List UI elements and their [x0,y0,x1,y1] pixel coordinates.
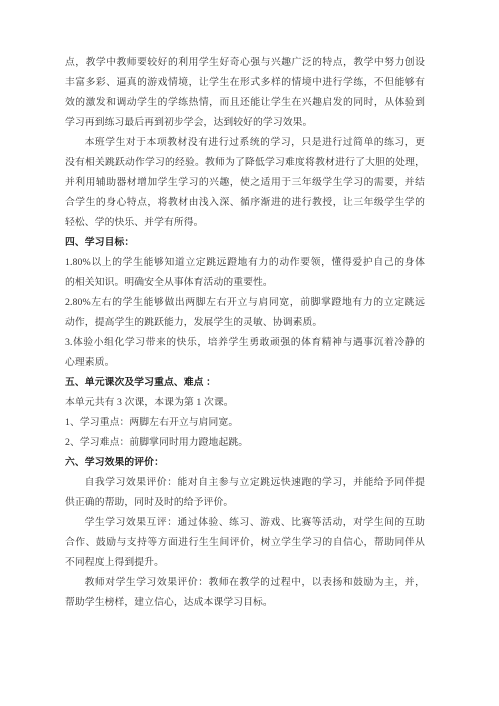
text-line: 供正确的帮助，同时及时的给予评价。 [65,493,425,513]
text-line: 丰富多彩、逼真的游戏情境，让学生在形式多样的情境中进行学练，不但能够有 [65,73,425,93]
text-line: 合学生的身心特点，将教材由浅入深、循序渐进的进行教授，让三年级学生学的 [65,193,425,213]
text-line: 本单元共有 3 次课，本课为第 1 次课。 [65,393,425,413]
text-line: 1.80%以上的学生能够知道立定跳远蹬地有力的动作要领，懂得爱护自己的身体 [65,253,425,273]
text-line: 帮助学生榜样，建立信心，达成本课学习目标。 [65,593,425,613]
text-line: 自我学习效果评价：能对自主参与立定跳远快速跑的学习，并能给予同伴提 [65,473,425,493]
text-line: 轻松、学的快乐、并学有所得。 [65,213,425,233]
section-heading: 四、学习目标： [65,233,425,253]
section-heading: 五、单元课次及学习重点、难点 ： [65,373,425,393]
text-line: 并利用辅助器材增加学生学习的兴趣，使之适用于三年级学生学习的需要，并结 [65,173,425,193]
text-block: 点，教学中教师要较好的利用学生好奇心强与兴趣广泛的特点，教学中努力创设丰富多彩、… [65,53,425,613]
text-line: 2、学习难点：前脚掌同时用力蹬地起跳。 [65,433,425,453]
text-line: 心理素质。 [65,353,425,373]
section-heading: 六、学习效果的评价： [65,453,425,473]
text-line: 3.体验小组化学习带来的快乐，培养学生勇敢顽强的体育精神与遇事沉着冷静的 [65,333,425,353]
text-line: 合作、鼓励与支持等方面进行生生间评价，树立学生学习的自信心，帮助同伴从 [65,533,425,553]
text-line: 点，教学中教师要较好的利用学生好奇心强与兴趣广泛的特点，教学中努力创设 [65,53,425,73]
document-page: 点，教学中教师要较好的利用学生好奇心强与兴趣广泛的特点，教学中努力创设丰富多彩、… [0,0,499,706]
text-line: 2.80%左右的学生能够做出两脚左右开立与肩同宽，前脚掌蹬地有力的立定跳远 [65,293,425,313]
text-line: 不同程度上得到提升。 [65,553,425,573]
text-line: 动作，提高学生的跳跃能力，发展学生的灵敏、协调素质。 [65,313,425,333]
text-line: 1、学习重点：两脚左右开立与肩同宽。 [65,413,425,433]
text-line: 没有相关跳跃动作学习的经验。教师为了降低学习难度将教材进行了大胆的处理， [65,153,425,173]
text-line: 效的激发和调动学生的学练热情，而且还能让学生在兴趣启发的同时，从体验到 [65,93,425,113]
text-line: 教师对学生学习效果评价：教师在教学的过程中，以表扬和鼓励为主，并， [65,573,425,593]
text-line: 本班学生对于本项教材没有进行过系统的学习，只是进行过简单的练习，更 [65,133,425,153]
text-line: 的相关知识。明确安全从事体育活动的重要性。 [65,273,425,293]
text-line: 学习再到练习最后再到初步学会，达到较好的学习效果。 [65,113,425,133]
text-line: 学生学习效果互评：通过体验、练习、游戏、比赛等活动，对学生间的互助 [65,513,425,533]
